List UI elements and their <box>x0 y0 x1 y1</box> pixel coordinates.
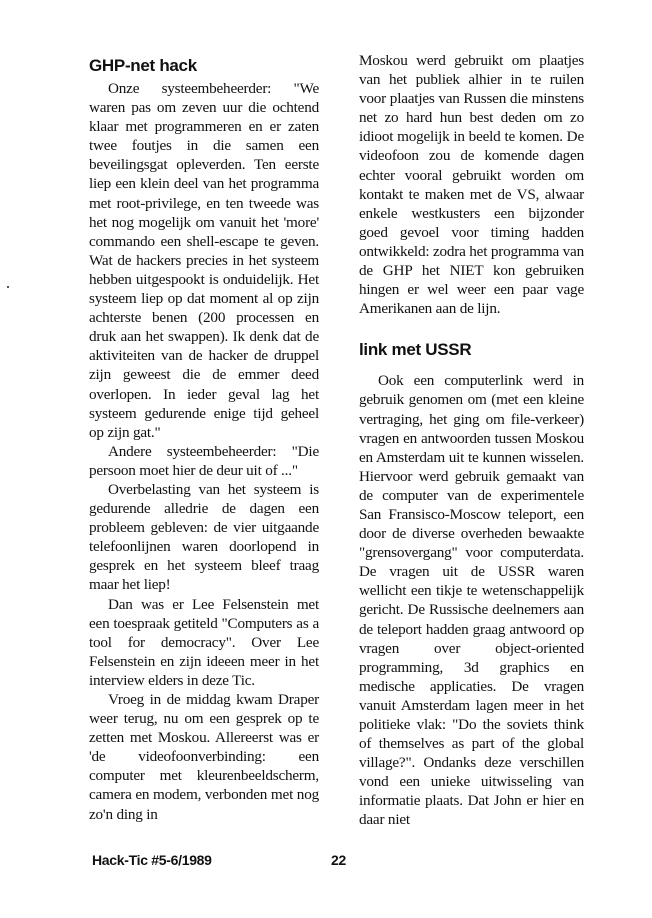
footer-publication: Hack-Tic #5-6/1989 <box>92 852 212 868</box>
paragraph: Dan was er Lee Felsenstein met een toesp… <box>89 595 319 690</box>
paragraph: Onze systeembeheerder: "We waren pas om … <box>89 79 319 442</box>
paragraph: Andere systeembeheerder: "Die persoon mo… <box>89 442 319 480</box>
left-column: Onze systeembeheerder: "We waren pas om … <box>89 79 319 824</box>
scan-speck <box>7 286 9 288</box>
paragraph: Overbelasting van het systeem is geduren… <box>89 480 319 595</box>
section-heading-link-met-ussr: link met USSR <box>359 340 584 359</box>
page-number: 22 <box>331 852 346 868</box>
section-heading-ghp-net-hack: GHP-net hack <box>89 56 197 75</box>
paragraph-continued: Moskou werd gebruikt om plaatjes van het… <box>359 51 584 318</box>
right-column: Moskou werd gebruikt om plaatjes van het… <box>359 51 584 830</box>
paragraph: Vroeg in de middag kwam Draper weer teru… <box>89 690 319 824</box>
paragraph: Ook een computerlink werd in gebruik gen… <box>359 371 584 829</box>
